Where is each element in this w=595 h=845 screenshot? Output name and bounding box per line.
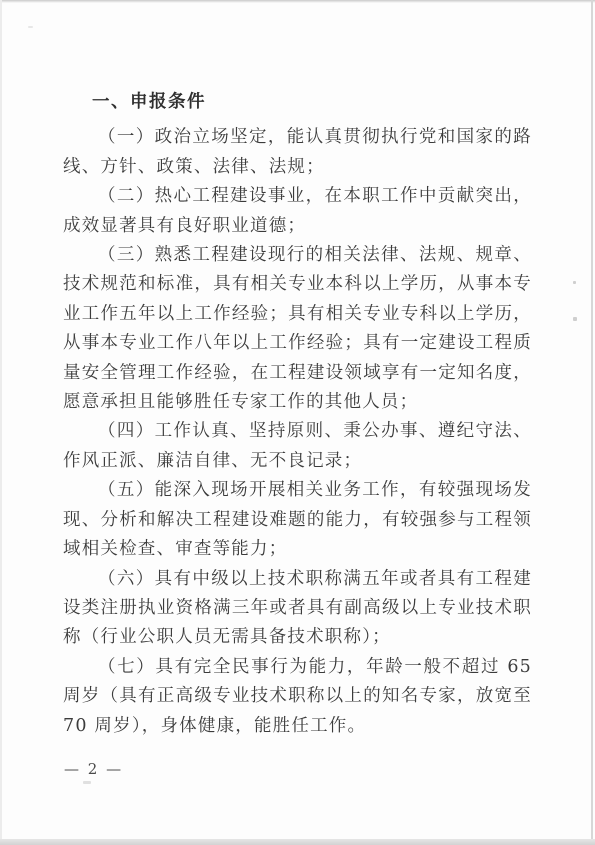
condition-item-1: （一）政治立场坚定，能认真贯彻执行党和国家的路线、方针、政策、法律、法规； [63,123,532,182]
condition-item-7: （七）具有完全民事行为能力，年龄一般不超过 65 周岁（具有正高级专业技术职称以… [63,653,532,741]
document-body: 一、申报条件 （一）政治立场坚定，能认真贯彻执行党和国家的路线、方针、政策、法律… [63,88,532,741]
scan-edge-right [591,0,593,845]
scan-edge-bottom [0,839,595,845]
condition-item-2: （二）热心工程建设事业，在本职工作中贡献突出，成效显著具有良好职业道德； [63,182,532,241]
scan-speck [573,281,576,284]
scan-speck [83,781,91,784]
scan-edge-top [0,0,595,3]
page-number: — 2 — [64,760,123,778]
condition-item-4: （四）工作认真、坚持原则、秉公办事、遵纪守法、作风正派、廉洁自律、无不良记录； [63,417,532,476]
condition-item-5: （五）能深入现场开展相关业务工作，有较强现场发现、分析和解决工程建设难题的能力，… [63,476,532,564]
scan-edge-left [0,0,2,845]
condition-item-6: （六）具有中级以上技术职称满五年或者具有工程建设类注册执业资格满三年或者具有副高… [63,565,532,653]
scan-speck [28,26,33,28]
scanned-document-page: 一、申报条件 （一）政治立场坚定，能认真贯彻执行党和国家的路线、方针、政策、法律… [0,0,595,845]
section-title: 一、申报条件 [63,88,532,117]
condition-item-3: （三）熟悉工程建设现行的相关法律、法规、规章、技术规范和标准，具有相关专业本科以… [63,241,532,417]
scan-speck [573,317,577,321]
